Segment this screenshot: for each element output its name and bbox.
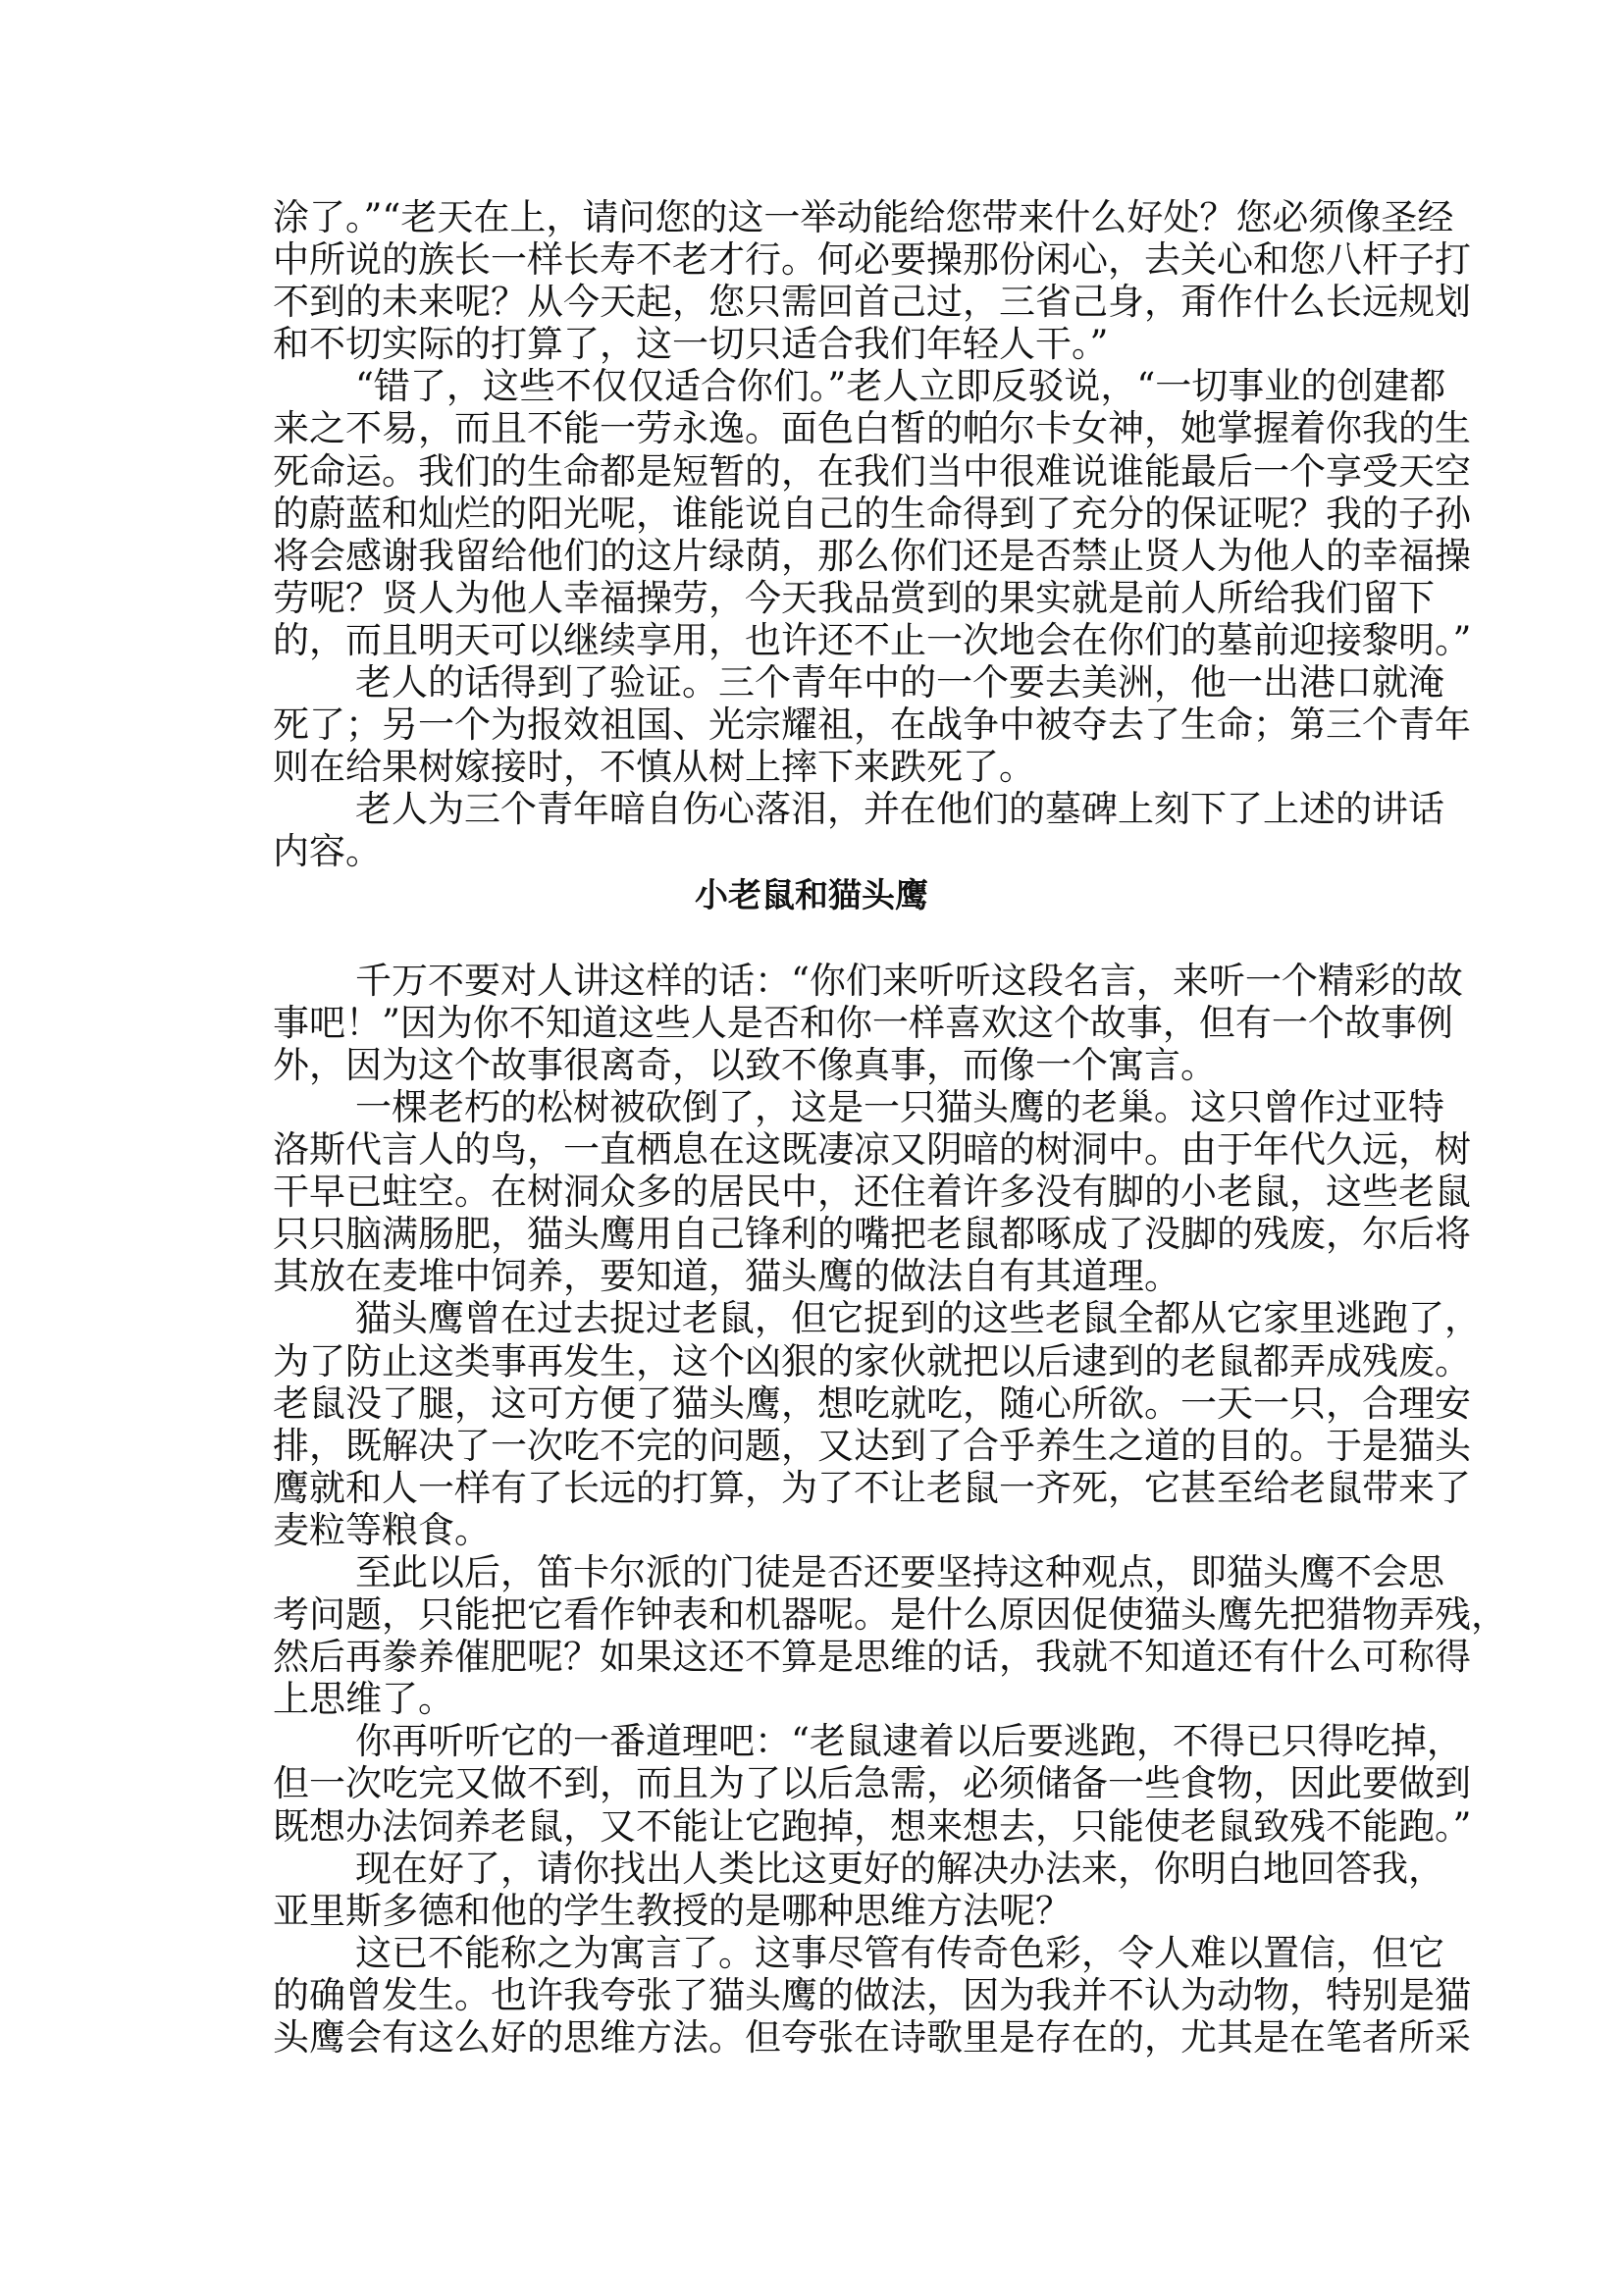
text-line: 猫头鹰曾在过去捉过老鼠，但它捉到的这些老鼠全都从它家里逃跑了， — [273, 1297, 1350, 1339]
paragraph: 老人的话得到了验证。三个青年中的一个要去美洲，他一出港口就淹 死了；另一个为报效… — [273, 661, 1352, 788]
text-line: 考问题，只能把它看作钟表和机器呢。是什么原因促使猫头鹰先把猎物弄残， — [273, 1593, 1350, 1636]
text-line: 死了；另一个为报效祖国、光宗耀祖，在战争中被夺去了生命；第三个青年 — [273, 704, 1350, 746]
text-line: 则在给果树嫁接时，不慎从树上摔下来跌死了。 — [273, 746, 1350, 788]
text-line: 上思维了。 — [273, 1678, 1350, 1720]
text-line: 你再听听它的一番道理吧：“老鼠逮着以后要逃跑，不得已只得吃掉， — [273, 1720, 1350, 1762]
text-line: 麦粒等粮食。 — [273, 1509, 1350, 1551]
text-line: 事吧！”因为你不知道这些人是否和你一样喜欢这个故事，但有一个故事例 — [273, 1002, 1350, 1044]
text-line: 老鼠没了腿，这可方便了猫头鹰，想吃就吃，随心所欲。一天一只，合理安 — [273, 1382, 1350, 1425]
text-line: 死命运。我们的生命都是短暂的，在我们当中很难说谁能最后一个享受天空 — [273, 450, 1350, 493]
paragraph: 至此以后，笛卡尔派的门徒是否还要坚持这种观点，即猫头鹰不会思 考问题，只能把它看… — [273, 1551, 1352, 1720]
section-previous-story: 涂了。”“老天在上，请问您的这一举动能给您带来什么好处？您必须像圣经 中所说的族… — [273, 196, 1352, 873]
text-line: 干早已蛀空。在树洞众多的居民中，还住着许多没有脚的小老鼠，这些老鼠 — [273, 1171, 1350, 1213]
paragraph: 现在好了，请你找出人类比这更好的解决办法来，你明白地回答我， 亚里斯多德和他的学… — [273, 1848, 1352, 1932]
paragraph: 千万不要对人讲这样的话：“你们来听听这段名言，来听一个精彩的故 事吧！”因为你不… — [273, 960, 1352, 1086]
text-line: 既想办法饲养老鼠，又不能让它跑掉，想来想去，只能使老鼠致残不能跑。” — [273, 1805, 1350, 1848]
paragraph: “错了，这些不仅仅适合你们。”老人立即反驳说，“一切事业的创建都 来之不易，而且… — [273, 365, 1352, 661]
text-line: 涂了。”“老天在上，请问您的这一举动能给您带来什么好处？您必须像圣经 — [273, 196, 1350, 238]
text-line: 来之不易，而且不能一劳永逸。面色白皙的帕尔卡女神，她掌握着你我的生 — [273, 407, 1350, 449]
text-line: 只只脑满肠肥，猫头鹰用自己锋利的嘴把老鼠都啄成了没脚的残废，尔后将 — [273, 1213, 1350, 1255]
text-line: 不到的未来呢？从今天起，您只需回首己过，三省己身，甭作什么长远规划 — [273, 281, 1350, 323]
paragraph: 涂了。”“老天在上，请问您的这一举动能给您带来什么好处？您必须像圣经 中所说的族… — [273, 196, 1352, 365]
text-line: 其放在麦堆中饲养，要知道，猫头鹰的做法自有其道理。 — [273, 1255, 1350, 1297]
text-line: 但一次吃完又做不到，而且为了以后急需，必须储备一些食物，因此要做到 — [273, 1762, 1350, 1804]
text-line: 鹰就和人一样有了长远的打算，为了不让老鼠一齐死，它甚至给老鼠带来了 — [273, 1467, 1350, 1509]
text-line: 为了防止这类事再发生，这个凶狠的家伙就把以后逮到的老鼠都弄成残废。 — [273, 1340, 1350, 1382]
text-line: 现在好了，请你找出人类比这更好的解决办法来，你明白地回答我， — [273, 1848, 1350, 1890]
text-line: 头鹰会有这么好的思维方法。但夸张在诗歌里是存在的，尤其是在笔者所采 — [273, 2016, 1350, 2059]
text-line: 这已不能称之为寓言了。这事尽管有传奇色彩，令人难以置信，但它 — [273, 1932, 1350, 1974]
text-line: 和不切实际的打算了，这一切只适合我们年轻人干。” — [273, 323, 1350, 365]
text-line: 外，因为这个故事很离奇，以致不像真事，而像一个寓言。 — [273, 1044, 1350, 1086]
text-line: 内容。 — [273, 830, 1350, 872]
text-line: 然后再豢养催肥呢？如果这还不算是思维的话，我就不知道还有什么可称得 — [273, 1636, 1350, 1678]
text-line: 的确曾发生。也许我夸张了猫头鹰的做法，因为我并不认为动物，特别是猫 — [273, 1974, 1350, 2016]
text-line: 的，而且明天可以继续享用，也许还不止一次地会在你们的墓前迎接黎明。” — [273, 619, 1350, 661]
text-line: 的蔚蓝和灿烂的阳光呢，谁能说自己的生命得到了充分的保证呢？我的子孙 — [273, 493, 1350, 535]
text-line: 亚里斯多德和他的学生教授的是哪种思维方法呢？ — [273, 1890, 1350, 1932]
document-page: 涂了。”“老天在上，请问您的这一举动能给您带来什么好处？您必须像圣经 中所说的族… — [273, 196, 1352, 2059]
text-line: 至此以后，笛卡尔派的门徒是否还要坚持这种观点，即猫头鹰不会思 — [273, 1551, 1350, 1593]
text-line: 一棵老朽的松树被砍倒了，这是一只猫头鹰的老巢。这只曾作过亚特 — [273, 1086, 1350, 1128]
paragraph: 你再听听它的一番道理吧：“老鼠逮着以后要逃跑，不得已只得吃掉， 但一次吃完又做不… — [273, 1720, 1352, 1847]
text-line: 中所说的族长一样长寿不老才行。何必要操那份闲心，去关心和您八杆子打 — [273, 238, 1350, 281]
paragraph: 老人为三个青年暗自伤心落泪，并在他们的墓碑上刻下了上述的讲话 内容。 — [273, 788, 1352, 872]
text-line: 劳呢？贤人为他人幸福操劳，今天我品赏到的果实就是前人所给我们留下 — [273, 577, 1350, 619]
text-line: “错了，这些不仅仅适合你们。”老人立即反驳说，“一切事业的创建都 — [273, 365, 1350, 407]
paragraph: 猫头鹰曾在过去捉过老鼠，但它捉到的这些老鼠全都从它家里逃跑了， 为了防止这类事再… — [273, 1297, 1352, 1551]
text-line: 千万不要对人讲这样的话：“你们来听听这段名言，来听一个精彩的故 — [273, 960, 1350, 1002]
story-title: 小老鼠和猫头鹰 — [273, 875, 1350, 917]
text-line: 将会感谢我留给他们的这片绿荫，那么你们还是否禁止贤人为他人的幸福操 — [273, 535, 1350, 577]
text-line: 老人的话得到了验证。三个青年中的一个要去美洲，他一出港口就淹 — [273, 661, 1350, 704]
text-line: 老人为三个青年暗自伤心落泪，并在他们的墓碑上刻下了上述的讲话 — [273, 788, 1350, 830]
section-story: 小老鼠和猫头鹰 千万不要对人讲这样的话：“你们来听听这段名言，来听一个精彩的故 … — [273, 875, 1352, 2059]
paragraph: 一棵老朽的松树被砍倒了，这是一只猫头鹰的老巢。这只曾作过亚特 洛斯代言人的鸟，一… — [273, 1086, 1352, 1297]
text-line: 排，既解决了一次吃不完的问题，又达到了合乎养生之道的目的。于是猫头 — [273, 1425, 1350, 1467]
paragraph: 这已不能称之为寓言了。这事尽管有传奇色彩，令人难以置信，但它 的确曾发生。也许我… — [273, 1932, 1352, 2059]
text-line: 洛斯代言人的鸟，一直栖息在这既凄凉又阴暗的树洞中。由于年代久远，树 — [273, 1128, 1350, 1171]
